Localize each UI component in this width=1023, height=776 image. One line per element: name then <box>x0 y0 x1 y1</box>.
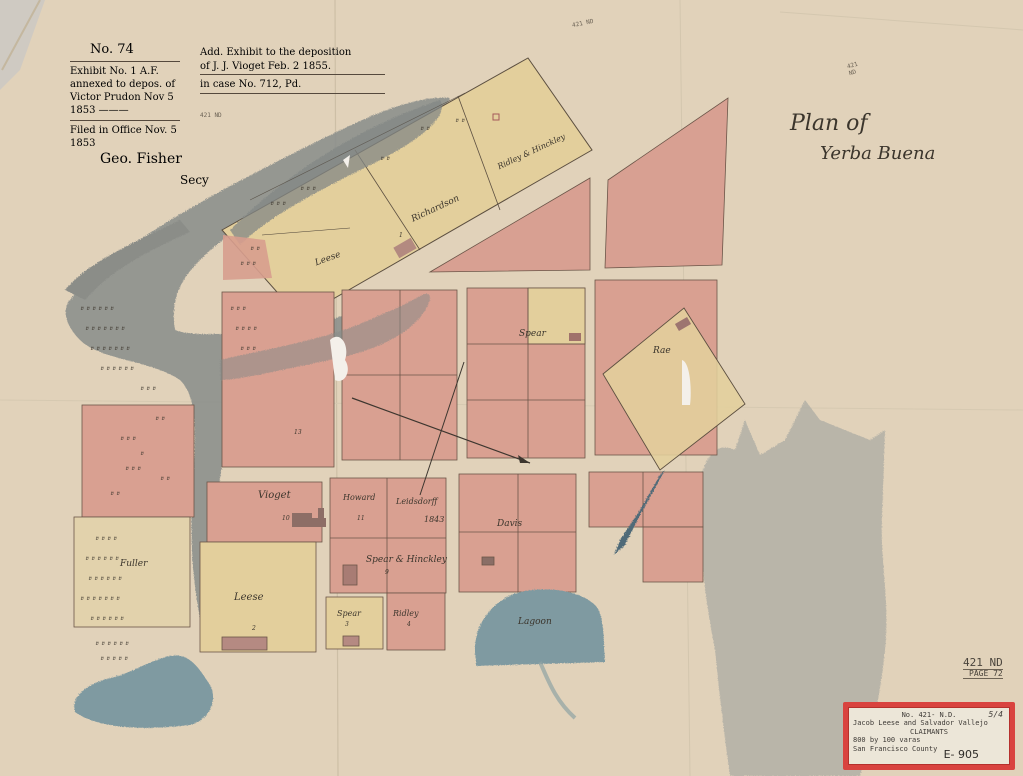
svg-text:ะ ะ: ะ ะ <box>380 154 390 162</box>
svg-text:ะ ะ ะ ะ: ะ ะ ะ ะ <box>235 324 257 332</box>
exhibit-number: No. 74 <box>90 42 200 57</box>
lot-number: 3 <box>345 622 349 629</box>
svg-text:ะ ะ ะ ะ ะ ะ: ะ ะ ะ ะ ะ ะ <box>100 364 134 372</box>
svg-text:ะ ะ ะ: ะ ะ ะ <box>240 259 256 267</box>
title-line-1: Plan of <box>790 111 868 136</box>
svg-text:ะ ะ ะ ะ ะ ะ: ะ ะ ะ ะ ะ ะ <box>90 614 124 622</box>
lot-label-vioget: Vioget <box>258 490 291 501</box>
case-number: No. 421- N.D. <box>853 711 1005 719</box>
svg-text:ะ ะ ะ ะ ะ ะ: ะ ะ ะ ะ ะ ะ <box>88 574 122 582</box>
lot-label-ridley: Ridley <box>393 610 419 619</box>
lot-label-howard: Howard <box>343 494 375 503</box>
lot-label-spear-bottom: Spear <box>337 610 361 619</box>
divider <box>70 61 180 62</box>
lot-label-spear-hinckley: Spear & Hinckley <box>366 556 447 566</box>
exhibit-line: Victor Prudon Nov 5 <box>70 92 200 103</box>
svg-text:ะ ะ ะ ะ ะ ะ ะ: ะ ะ ะ ะ ะ ะ ะ <box>85 324 125 332</box>
svg-text:ะ ะ ะ: ะ ะ ะ <box>270 199 286 207</box>
lot-number: 13 <box>294 430 302 437</box>
lot-number: 4 <box>407 622 411 629</box>
svg-text:ะ ะ ะ: ะ ะ ะ <box>230 304 246 312</box>
page-reference: 421 ND PAGE 72 <box>963 656 1003 679</box>
archive-label-body: 5/4 No. 421- N.D. Jacob Leese and Salvad… <box>848 707 1010 765</box>
title-line-2: Yerba Buena <box>820 144 935 164</box>
filed-line: Filed in Office Nov. 5 <box>70 125 200 136</box>
signature-suffix: Secy <box>180 173 200 187</box>
lot-year: 1843 <box>424 516 444 525</box>
dimensions: 800 by 100 varas <box>853 736 1005 744</box>
divider <box>70 120 180 121</box>
exhibit-notes: No. 74 Exhibit No. 1 A.F. annexed to dep… <box>70 42 200 189</box>
exhibit-line: annexed to depos. of <box>70 79 200 90</box>
lot-leese-corner <box>223 235 272 280</box>
svg-text:ะ ะ ะ: ะ ะ ะ <box>140 384 156 392</box>
svg-text:ะ: ะ <box>140 449 144 457</box>
svg-text:ะ ะ: ะ ะ <box>160 474 170 482</box>
lot-label-spear-top: Spear <box>519 330 546 340</box>
lot-label-rae: Rae <box>653 347 671 357</box>
svg-text:ะ ะ ะ: ะ ะ ะ <box>300 184 316 192</box>
signature: Geo. Fisher <box>100 151 200 167</box>
lot-label-fuller: Fuller <box>120 560 147 570</box>
check-mark: 5/4 <box>989 710 1003 720</box>
svg-text:ะ ะ ะ ะ ะ ะ ะ: ะ ะ ะ ะ ะ ะ ะ <box>80 594 120 602</box>
lot-label-lagoon: Lagoon <box>518 618 552 628</box>
lot-label-davis: Davis <box>497 520 522 530</box>
svg-text:ะ ะ ะ ะ ะ ะ: ะ ะ ะ ะ ะ ะ <box>85 554 119 562</box>
divider <box>200 93 385 94</box>
page-number: PAGE 72 <box>963 669 1003 679</box>
lot-number: 1 <box>399 233 403 240</box>
svg-text:ะ ะ ะ ะ: ะ ะ ะ ะ <box>95 534 117 542</box>
svg-text:ะ ะ ะ: ะ ะ ะ <box>120 434 136 442</box>
lot-label-leese-bottom: Leese <box>234 592 264 603</box>
lot-number: 10 <box>282 516 290 523</box>
lot-number: 11 <box>357 516 365 523</box>
svg-text:ะ ะ ะ ะ ะ: ะ ะ ะ ะ ะ <box>100 654 128 662</box>
pencil-mark: 421 ND <box>200 112 222 119</box>
divider <box>200 74 385 75</box>
svg-text:ะ ะ: ะ ะ <box>250 244 260 252</box>
claimants-heading: CLAIMANTS <box>853 728 1005 736</box>
svg-text:ะ ะ ะ ะ ะ ะ ะ: ะ ะ ะ ะ ะ ะ ะ <box>90 344 130 352</box>
county: San Francisco County <box>853 745 1005 753</box>
lot-label-leidsdorff: Leidsdorff <box>396 498 437 507</box>
map-title: Plan of Yerba Buena <box>790 112 935 164</box>
archive-label: 5/4 No. 421- N.D. Jacob Leese and Salvad… <box>843 702 1015 770</box>
exhibit-line: Exhibit No. 1 A.F. <box>70 66 200 77</box>
svg-text:ะ ะ ะ: ะ ะ ะ <box>240 344 256 352</box>
svg-text:ะ ะ: ะ ะ <box>110 489 120 497</box>
catalog-number: E- 905 <box>944 748 979 761</box>
svg-text:ะ ะ: ะ ะ <box>420 124 430 132</box>
exhibit-line: of J. J. Vioget Feb. 2 1855. <box>200 60 385 74</box>
lot-number: 2 <box>252 626 256 633</box>
lot-number: 9 <box>385 570 389 577</box>
case-id: 421 ND <box>963 656 1003 670</box>
exhibit-line: 1853 ——— <box>70 105 200 116</box>
svg-text:ะ ะ: ะ ะ <box>455 116 465 124</box>
exhibit-line: Add. Exhibit to the deposition <box>200 46 385 60</box>
additional-exhibit-note: Add. Exhibit to the deposition of J. J. … <box>200 46 385 97</box>
svg-text:ะ ะ: ะ ะ <box>155 414 165 422</box>
exhibit-line: in case No. 712, Pd. <box>200 78 385 92</box>
svg-text:ะ ะ ะ: ะ ะ ะ <box>125 464 141 472</box>
filed-line: 1853 <box>70 138 200 149</box>
svg-text:ะ ะ ะ ะ ะ ะ: ะ ะ ะ ะ ะ ะ <box>95 639 129 647</box>
claimants-names: Jacob Leese and Salvador Vallejo <box>853 719 1005 727</box>
svg-text:ะ ะ ะ ะ ะ ะ: ะ ะ ะ ะ ะ ะ <box>80 304 114 312</box>
